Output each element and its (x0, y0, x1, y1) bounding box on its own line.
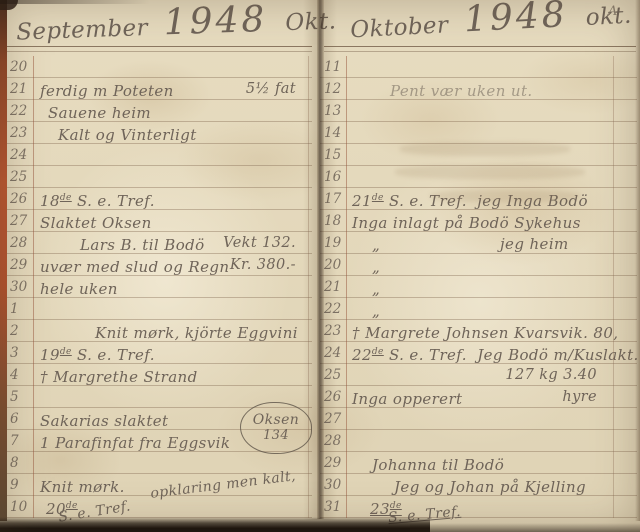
entry-text: jeg heim (500, 235, 569, 253)
day-number: 13 (324, 103, 346, 119)
entry-text: Inga inlagt på Bodö Sykehus (352, 214, 581, 232)
day-number: 25 (10, 169, 34, 185)
journal-row: 12Pent vær uken ut. (320, 78, 637, 100)
ditto-mark: „ (372, 302, 380, 320)
day-number: 30 (324, 477, 346, 493)
day-number: 20 (324, 257, 346, 273)
entry-text: Pent vær uken ut. (390, 82, 533, 100)
entry-amount: hyre (562, 389, 597, 405)
entry-text: Inga opperert (352, 390, 462, 408)
ditto-mark: „ (372, 236, 380, 254)
entry-text: † Margrethe Strand (40, 368, 198, 386)
journal-row: 26Inga oppererthyre (320, 386, 637, 408)
right-edge-shadow (635, 0, 640, 521)
journal-row: 29uvær med slud og RegnKr. 380.- (6, 254, 312, 276)
journal-row: 24 (6, 144, 312, 166)
day-number: 5 (10, 389, 34, 405)
left-page-header: September 1948 Okt. (15, 0, 337, 49)
bleed-through-smudge (400, 142, 570, 156)
day-number: 17 (324, 191, 346, 207)
left-header-rule (6, 46, 312, 52)
journal-row: 319de S. e. Tref. (6, 342, 312, 364)
left-page-margin-line (33, 56, 34, 518)
day-number: 1 (10, 301, 34, 317)
entry-text: Sakarias slaktet (40, 412, 169, 430)
bottom-edge-shadow (0, 517, 430, 532)
journal-row: 28 (320, 430, 637, 452)
journal-row: 2Knit mørk, kjörte Eggvini (6, 320, 312, 342)
journal-row: 3123de (320, 496, 637, 518)
day-number: 14 (324, 125, 346, 141)
entry-text: Sauene heim (48, 104, 151, 122)
day-number: 8 (10, 455, 34, 471)
day-number: 21 (324, 279, 346, 295)
journal-row: 22„ (320, 298, 637, 320)
journal-row: 25 (6, 166, 312, 188)
day-number: 6 (10, 411, 34, 427)
journal-row: 13 (320, 100, 637, 122)
entry-text: 22de S. e. Tref. Jeg Bodö m/Kuslakt. (352, 346, 639, 364)
journal-row: 21„ (320, 276, 637, 298)
day-number: 24 (324, 345, 346, 361)
right-page-rows: 1112Pent vær uken ut.131415161721de S. e… (320, 56, 637, 518)
right-header-month: Oktober (350, 12, 449, 43)
day-number: 30 (10, 279, 34, 295)
entry-text: ferdig m Poteten (40, 82, 174, 100)
day-number: 29 (10, 257, 34, 273)
left-header-year: 1948 (163, 0, 268, 43)
right-header-year: 1948 (463, 0, 569, 40)
day-number: 22 (10, 103, 34, 119)
entry-text: Knit mørk, kjörte Eggvini (95, 324, 298, 342)
day-number: 3 (10, 345, 34, 361)
top-edge-shadow (0, 0, 150, 4)
left-page-right-margin-line (308, 56, 309, 518)
entry-text: Lars B. til Bodö (80, 236, 205, 254)
entry-amount: 127 kg 3.40 (505, 367, 597, 383)
journal-row: 22Sauene heim (6, 100, 312, 122)
ditto-mark: „ (372, 258, 380, 276)
journal-row: 28Lars B. til BodöVekt 132. (6, 232, 312, 254)
journal-row: 4† Margrethe Strand (6, 364, 312, 386)
day-number: 28 (324, 433, 346, 449)
day-number: 24 (10, 147, 34, 163)
journal-row: 23Kalt og Vinterligt (6, 122, 312, 144)
journal-row: 25127 kg 3.40 (320, 364, 637, 386)
journal-row: 20 (6, 56, 312, 78)
entry-text: Jeg og Johan på Kjelling (394, 478, 586, 496)
entry-text: hele uken (40, 280, 118, 298)
journal-row: 30hele uken (6, 276, 312, 298)
entry-text: 19de S. e. Tref. (40, 346, 155, 364)
page-corner-letter: A (608, 4, 617, 19)
entry-text: 18de S. e. Tref. (40, 192, 155, 210)
left-header-suffix: Okt. (285, 8, 337, 36)
day-number: 26 (10, 191, 34, 207)
entry-text: Johanna til Bodö (372, 456, 504, 474)
entry-text: uvær med slud og Regn (40, 258, 229, 276)
day-number: 19 (324, 235, 346, 251)
entry-text: Kalt og Vinterligt (58, 126, 197, 144)
journal-row: 11 (320, 56, 637, 78)
bottom-edge-shadow-right (410, 523, 640, 532)
journal-row: 27Slaktet Oksen (6, 210, 312, 232)
day-number: 11 (324, 59, 346, 75)
journal-row: 30Jeg og Johan på Kjelling (320, 474, 637, 496)
journal-row: 2618de S. e. Tref. (6, 188, 312, 210)
day-number: 25 (324, 367, 346, 383)
journal-row: 14 (320, 122, 637, 144)
entry-text: † Margrete Johnsen Kvarsvik. 80, (352, 324, 618, 342)
day-number: 12 (324, 81, 346, 97)
day-number: 21 (10, 81, 34, 97)
bleed-through-smudge (395, 165, 585, 179)
day-number: 20 (10, 59, 34, 75)
journal-row: 23† Margrete Johnsen Kvarsvik. 80, (320, 320, 637, 342)
entry-text: Slaktet Oksen (40, 214, 152, 232)
journal-row: 2422de S. e. Tref. Jeg Bodö m/Kuslakt. (320, 342, 637, 364)
day-number: 27 (10, 213, 34, 229)
right-header-rule (324, 46, 636, 52)
day-number: 27 (324, 411, 346, 427)
journal-row: 19„jeg heim (320, 232, 637, 254)
day-number: 10 (10, 499, 34, 515)
day-number: 28 (10, 235, 34, 251)
day-number: 26 (324, 389, 346, 405)
day-number: 29 (324, 455, 346, 471)
journal-row: 18Inga inlagt på Bodö Sykehus (320, 210, 637, 232)
journal-row: 21ferdig m Poteten5½ fat (6, 78, 312, 100)
ditto-mark: „ (372, 280, 380, 298)
entry-text: Knit mørk. (40, 478, 125, 496)
journal-row: 1 (6, 298, 312, 320)
day-number: 9 (10, 477, 34, 493)
left-header-month: September (16, 15, 149, 46)
entry-text: 1 Parafinfat fra Eggsvik (40, 434, 230, 452)
journal-row: 29Johanna til Bodö (320, 452, 637, 474)
journal-row: 20„ (320, 254, 637, 276)
right-page-margin-line (346, 56, 347, 518)
circled-note: Oksen 134 (240, 402, 312, 454)
day-number: 2 (10, 323, 34, 339)
day-number: 22 (324, 301, 346, 317)
day-number: 15 (324, 147, 346, 163)
bleed-through-smudge (430, 190, 580, 202)
entry-amount: 5½ fat (246, 81, 296, 97)
right-page-header: Oktober 1948 okt. (349, 0, 632, 46)
entry-amount: Vekt 132. (223, 235, 296, 251)
entry-amount: Kr. 380.- (230, 257, 296, 273)
day-number: 31 (324, 499, 346, 515)
day-number: 16 (324, 169, 346, 185)
day-number: 7 (10, 433, 34, 449)
journal-row: 27 (320, 408, 637, 430)
day-number: 23 (324, 323, 346, 339)
circled-note-line2: 134 (263, 429, 289, 444)
day-number: 4 (10, 367, 34, 383)
red-page-edge (0, 0, 7, 521)
day-number: 18 (324, 213, 346, 229)
right-page-right-margin-line (613, 56, 614, 518)
day-number: 23 (10, 125, 34, 141)
diary-book-spread: September 1948 Okt. Oktober 1948 okt. A … (0, 0, 640, 532)
circled-note-line1: Oksen (253, 412, 299, 428)
